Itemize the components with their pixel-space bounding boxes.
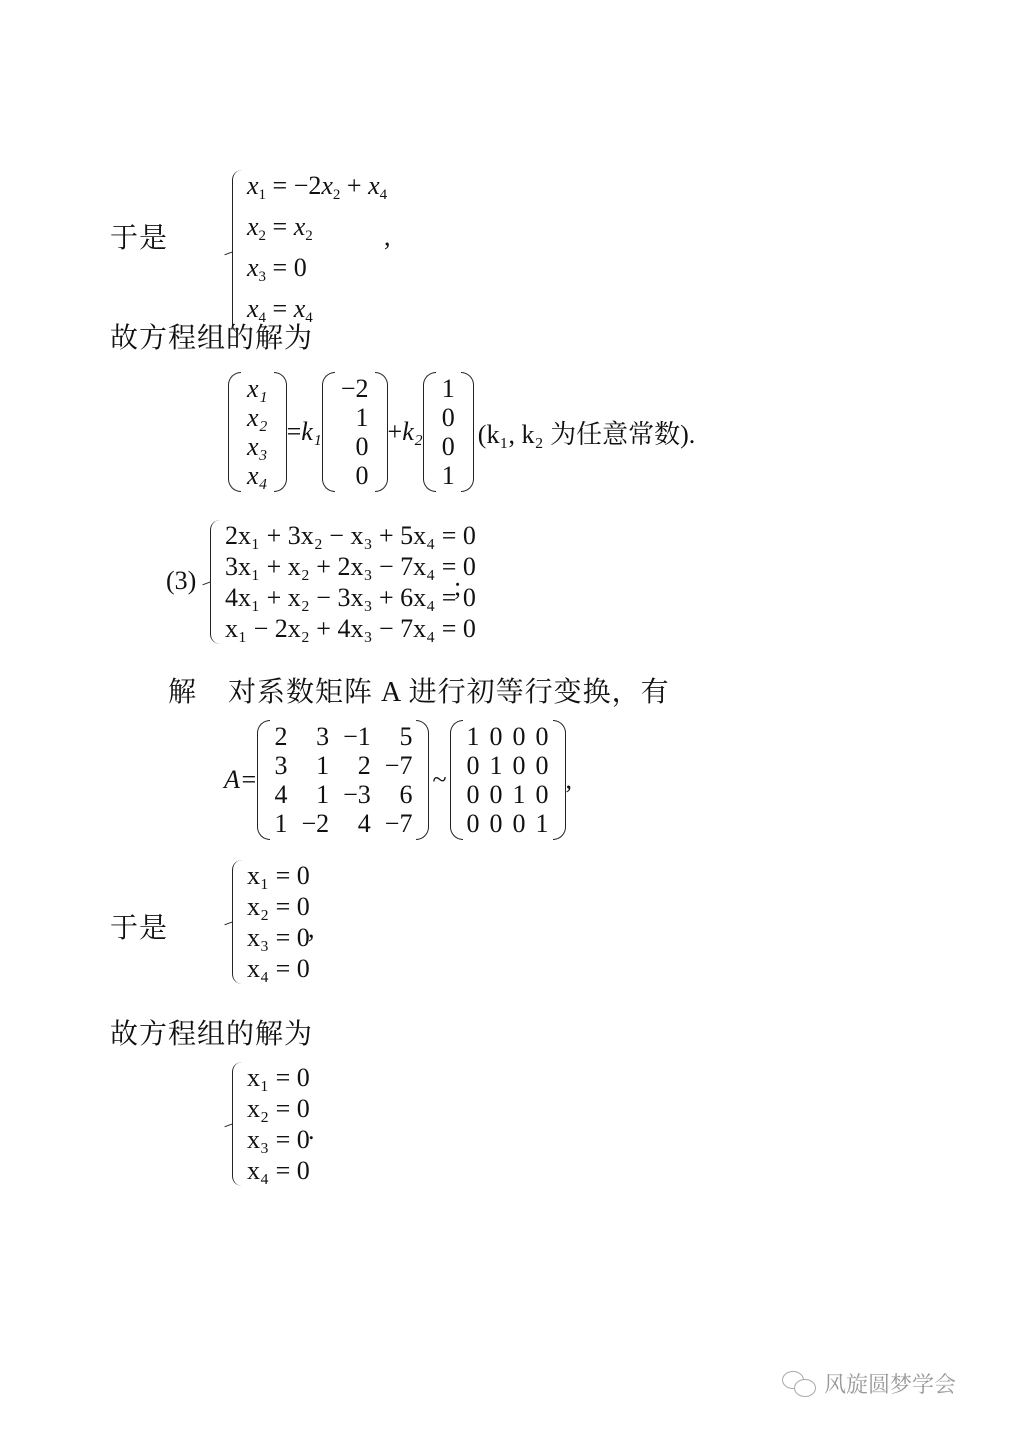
system-1: x1 = −2x2 + x4 x2 = x2 x3 = 0 x4 = x4 <box>232 170 387 334</box>
matrix-cell: 0 <box>536 780 549 809</box>
solution-label: 解 <box>168 670 197 710</box>
vec-entry: 1 <box>442 374 455 403</box>
vec-entry: 0 <box>442 403 455 432</box>
vec-entry: x₃ <box>247 432 268 461</box>
matrix-cell: −2 <box>301 809 329 838</box>
matrix-cell: 1 <box>536 809 549 838</box>
equation: 2x₁ + 3x₂ − x₃ + 5x₄ = 0 <box>225 520 476 551</box>
vec-entry: 1 <box>341 403 369 432</box>
matrix-cell: 5 <box>385 722 413 751</box>
left-brace <box>232 1062 243 1186</box>
matrix-cell: 3 <box>274 751 287 780</box>
matrix-cell: 1 <box>467 722 480 751</box>
system-1-row-1: x1 = −2x2 + x4 <box>247 170 387 211</box>
matrix-cell: 1 <box>490 751 503 780</box>
solution-heading-3: 故方程组的解为 <box>110 1012 313 1052</box>
matrix-cell: −7 <box>385 751 413 780</box>
system-1-row-3: x3 = 0 <box>247 252 387 293</box>
matrix-cell: −3 <box>343 780 371 809</box>
trailing-comma: , <box>566 765 573 795</box>
matrix-reduced: 1 0 0 0 0 1 0 0 0 0 1 0 0 0 0 1 <box>450 720 566 840</box>
matrix-cell: 0 <box>536 751 549 780</box>
matrix-name: A= <box>224 765 257 795</box>
matrix-A: 2 3 −1 5 3 1 2 −7 4 1 −3 6 1 −2 4 −7 <box>257 720 429 840</box>
matrix-cell: 0 <box>490 780 503 809</box>
label-therefore-1: 于是 <box>110 216 168 256</box>
matrix-cell: −7 <box>385 809 413 838</box>
matrix-cell: 1 <box>513 780 526 809</box>
matrix-cell: 4 <box>274 780 287 809</box>
matrix-cell: 4 <box>343 809 371 838</box>
equation: x₁ = 0 <box>247 860 310 891</box>
problem-number: (3) <box>166 566 196 596</box>
equals-sign: = <box>287 417 302 447</box>
vec-entry: 0 <box>341 461 369 490</box>
matrix-cell: 2 <box>343 751 371 780</box>
vec-entry: 0 <box>341 432 369 461</box>
matrix-cell: 1 <box>301 751 329 780</box>
trailing-period: . <box>308 1116 315 1146</box>
vec-entry: x₁ <box>247 374 268 403</box>
equation: x₁ − 2x₂ + 4x₃ − 7x₄ = 0 <box>225 613 476 644</box>
matrix-cell: 2 <box>274 722 287 751</box>
coef-k1: k₁ <box>301 417 322 447</box>
label-therefore-2: 于是 <box>110 906 168 946</box>
equation: x₂ = 0 <box>247 1093 310 1124</box>
left-brace <box>210 520 221 644</box>
lhs-vector: x₁ x₂ x₃ x₄ <box>228 372 287 492</box>
watermark: 风旋圆梦学会 <box>782 1368 956 1399</box>
matrix-cell: 0 <box>513 722 526 751</box>
solution-intro-text: 对系数矩阵 A 进行初等行变换，有 <box>228 670 670 710</box>
coef-k2: k₂ <box>402 417 423 447</box>
equation: x₄ = 0 <box>247 1155 310 1186</box>
equation: x₃ = 0 <box>247 922 310 953</box>
equation: 3x₁ + x₂ + 2x₃ − 7x₄ = 0 <box>225 551 476 582</box>
matrix-cell: 0 <box>467 809 480 838</box>
matrix-cell: 0 <box>467 751 480 780</box>
equation: 4x₁ + x₂ − 3x₃ + 6x₄ = 0 <box>225 582 476 613</box>
system-3: x₁ = 0 x₂ = 0 x₃ = 0 x₄ = 0 <box>232 860 310 984</box>
system-1-row-2: x2 = x2 <box>247 211 387 252</box>
matrix-cell: 0 <box>467 780 480 809</box>
trailing-comma-1: , <box>384 222 391 252</box>
matrix-cell: 1 <box>274 809 287 838</box>
vec-entry: x₂ <box>247 403 268 432</box>
account-name: 风旋圆梦学会 <box>824 1368 956 1399</box>
matrix-cell: 1 <box>301 780 329 809</box>
solution-heading-1: 故方程组的解为 <box>110 316 313 356</box>
matrix-cell: −1 <box>343 722 371 751</box>
basis-vector-1: −2 1 0 0 <box>322 372 388 492</box>
row-reduction: A= 2 3 −1 5 3 1 2 −7 4 1 −3 6 1 −2 4 −7 … <box>224 720 572 840</box>
left-brace <box>232 860 243 984</box>
matrix-cell: 0 <box>513 751 526 780</box>
vec-entry: 1 <box>442 461 455 490</box>
wechat-icon <box>782 1371 816 1397</box>
matrix-cell: 6 <box>385 780 413 809</box>
vec-entry: x₄ <box>247 461 268 490</box>
plus-sign: + <box>388 417 403 447</box>
basis-vector-2: 1 0 0 1 <box>423 372 474 492</box>
arbitrary-constants-note: (k₁, k₂ 为任意常数). <box>478 414 695 451</box>
equation: x₁ = 0 <box>247 1062 310 1093</box>
matrix-cell: 0 <box>490 809 503 838</box>
row-equivalent-tilde: ~ <box>432 765 446 795</box>
problem-3-system: 2x₁ + 3x₂ − x₃ + 5x₄ = 0 3x₁ + x₂ + 2x₃ … <box>210 520 476 644</box>
equation: x₄ = 0 <box>247 953 310 984</box>
final-system: x₁ = 0 x₂ = 0 x₃ = 0 x₄ = 0 <box>232 1062 310 1186</box>
left-brace <box>232 170 243 334</box>
matrix-cell: 3 <box>301 722 329 751</box>
trailing-comma-3: , <box>308 914 315 944</box>
trailing-semicolon: ; <box>454 572 461 602</box>
vec-entry: −2 <box>341 374 369 403</box>
equation: x₂ = 0 <box>247 891 310 922</box>
vec-entry: 0 <box>442 432 455 461</box>
matrix-cell: 0 <box>536 722 549 751</box>
equation: x₃ = 0 <box>247 1124 310 1155</box>
solution-vector-equation: x₁ x₂ x₃ x₄ = k₁ −2 1 0 0 + k₂ 1 0 0 1 (… <box>228 372 695 492</box>
matrix-cell: 0 <box>513 809 526 838</box>
matrix-cell: 0 <box>490 722 503 751</box>
